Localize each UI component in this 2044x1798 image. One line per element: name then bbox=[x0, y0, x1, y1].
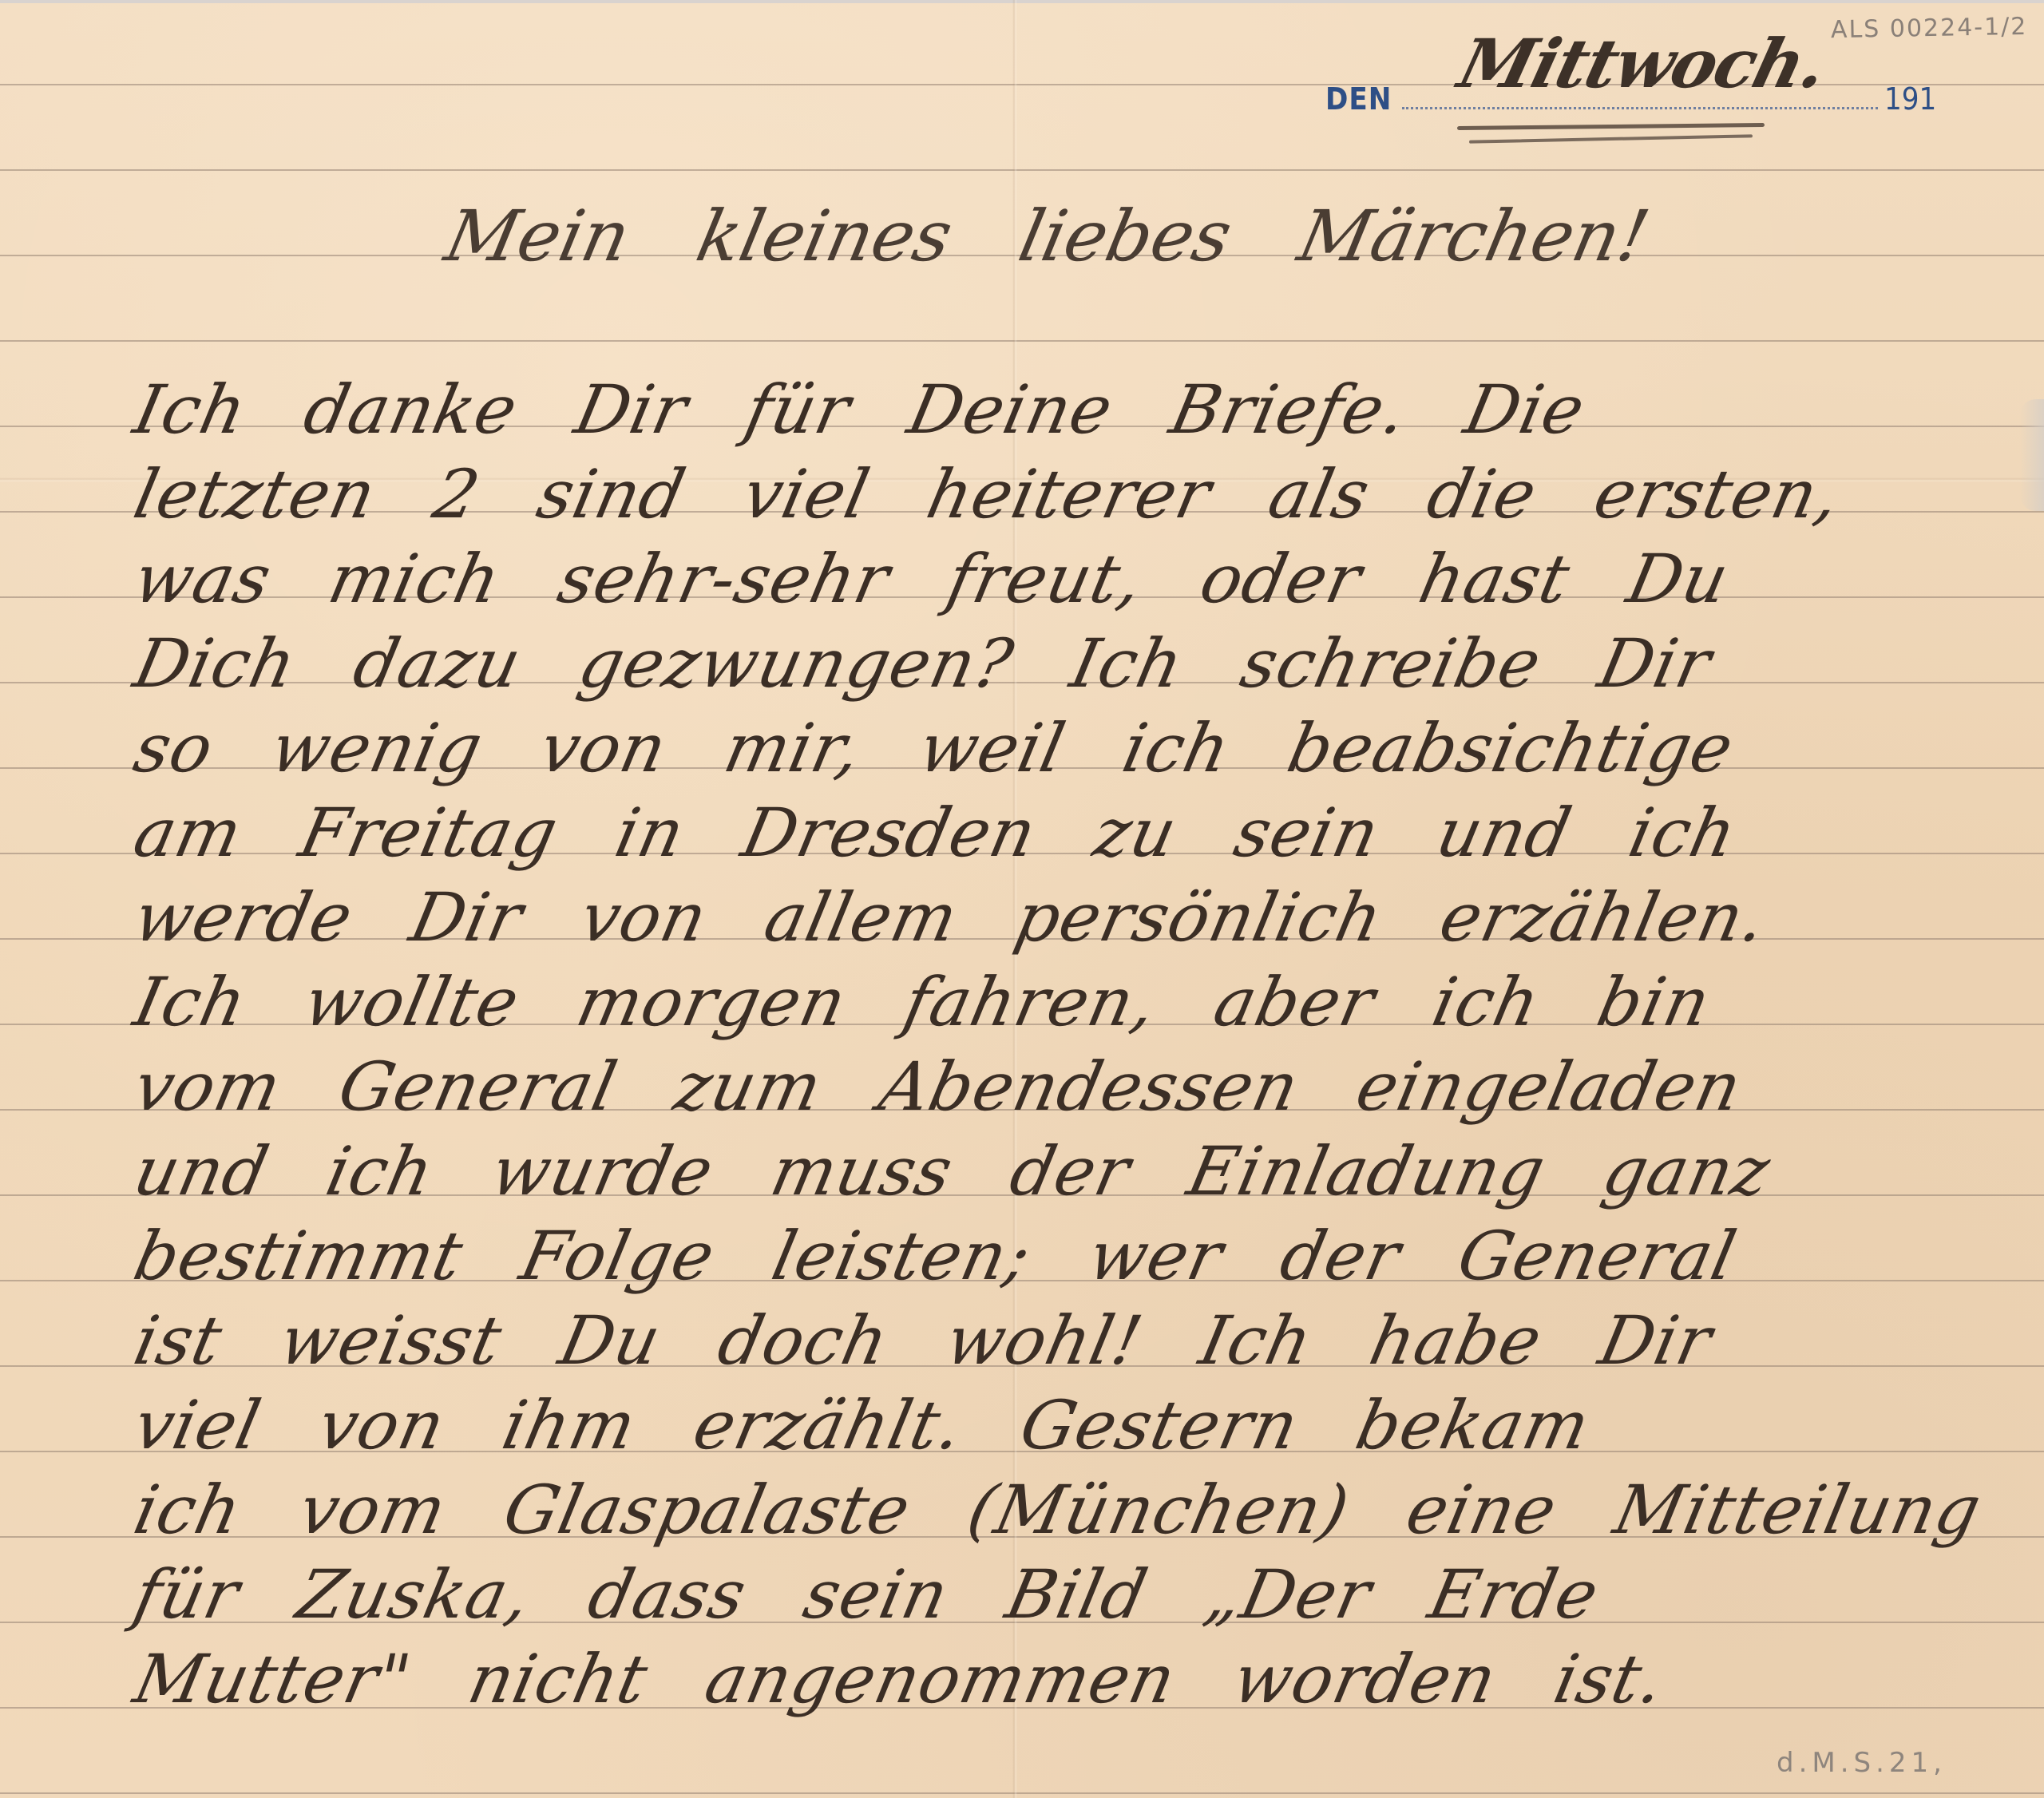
letter-line: vom General zum Abendessen eingeladen bbox=[127, 1044, 1749, 1129]
letterhead-den-label: DEN bbox=[1325, 81, 1392, 117]
archive-catalog-id: ALS 00224-1/2 bbox=[1831, 13, 2028, 44]
letter-line: und ich wurde muss der Einladung ganz bbox=[127, 1129, 1778, 1214]
letter-line: Dich dazu gezwungen? Ich schreibe Dir bbox=[127, 621, 1719, 706]
letter-line: viel von ihm erzählt. Gestern bekam bbox=[127, 1383, 1598, 1467]
letter-line: letzten 2 sind viel heiterer als die ers… bbox=[127, 452, 1848, 537]
scan-top-edge bbox=[0, 0, 2044, 3]
date-underline bbox=[1457, 123, 1765, 130]
paper-tear-right-edge bbox=[2020, 399, 2044, 511]
letter-line: am Freitag in Dresden zu sein und ich bbox=[127, 790, 1745, 875]
letter-line: was mich sehr-sehr freut, oder hast Du bbox=[127, 537, 1737, 621]
letter-line: für Zuska, dass sein Bild „Der Erde bbox=[127, 1552, 1606, 1637]
letter-line: ich vom Glaspalaste (München) eine Mitte… bbox=[127, 1467, 1989, 1552]
date-underline-second bbox=[1469, 134, 1753, 143]
letter-line: Mutter" nicht angenommen worden ist. bbox=[127, 1637, 1672, 1721]
letter-line: Ich danke Dir für Deine Briefe. Die bbox=[127, 367, 1593, 452]
letterhead-year-prefix: 191 bbox=[1884, 81, 1936, 117]
letter-line: Ich wollte morgen fahren, aber ich bin bbox=[127, 960, 1718, 1044]
letter-salutation: Mein kleines liebes Märchen! bbox=[438, 195, 1656, 277]
handwritten-day: Mittwoch. bbox=[1452, 24, 1834, 103]
archive-signature-mark: d.M.S.21, bbox=[1777, 1747, 1947, 1779]
letter-line: werde Dir von allem persönlich erzählen. bbox=[127, 875, 1774, 960]
letter-page: ALS 00224-1/2 d.M.S.21, DEN 191 Mittwoch… bbox=[0, 0, 2044, 1798]
letter-line: bestimmt Folge leisten; wer der General bbox=[127, 1214, 1744, 1298]
letterhead-dotted-fill bbox=[1402, 107, 1878, 109]
letter-line: ist weisst Du doch wohl! Ich habe Dir bbox=[127, 1298, 1720, 1383]
letter-line: so wenig von mir, weil ich beabsichtige bbox=[127, 706, 1741, 790]
